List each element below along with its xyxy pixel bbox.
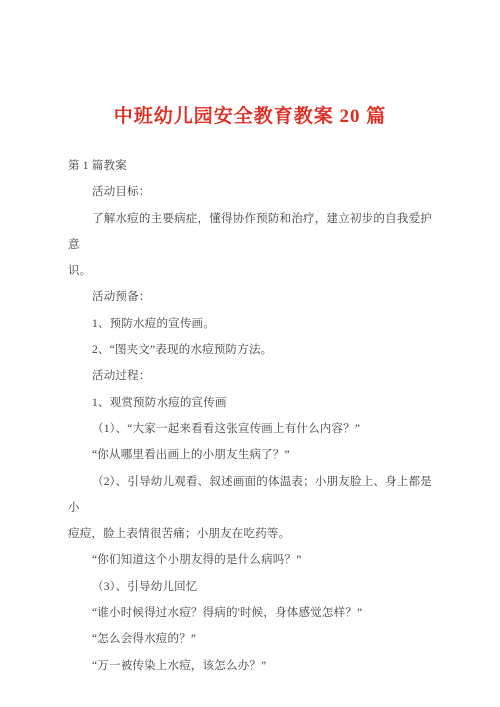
text-line: “你从哪里看出画上的小朋友生病了？” (68, 442, 432, 468)
text-line: 痘痘，脸上表情很苦痛；小朋友在吃药等。 (68, 521, 432, 547)
text-line: 第 1 篇教案 (68, 153, 432, 179)
text-line: “万一被传染上水痘，该怎么办？” (68, 653, 432, 679)
text-line: （3）、引导幼儿回忆 (68, 574, 432, 600)
text-line: “怎么会得水痘的？” (68, 626, 432, 652)
text-line: 识。 (68, 258, 432, 284)
text-line: （2）、引导幼儿观看、叙述画面的体温表；小朋友脸上、身上都是小 (68, 469, 432, 522)
document-body: 第 1 篇教案活动目标：了解水痘的主要病症，懂得协作预防和治疗，建立初步的自我爱… (0, 153, 500, 679)
text-line: 活动过程： (68, 363, 432, 389)
text-line: 了解水痘的主要病症，懂得协作预防和治疗，建立初步的自我爱护意 (68, 206, 432, 259)
document-title: 中班幼儿园安全教育教案 20 篇 (0, 0, 500, 128)
text-line: “你们知道这个小朋友得的是什么病吗？” (68, 547, 432, 573)
text-line: 2、“图夹文”表现的水痘预防方法。 (68, 337, 432, 363)
text-line: 1、观赏预防水痘的宣传画 (68, 390, 432, 416)
text-line: 活动目标： (68, 179, 432, 205)
text-line: 活动预备： (68, 284, 432, 310)
text-line: 1、预防水痘的宣传画。 (68, 311, 432, 337)
text-line: “谁小时候得过水痘？得病的'时候，身体感觉怎样？” (68, 600, 432, 626)
document-page: 中班幼儿园安全教育教案 20 篇 第 1 篇教案活动目标：了解水痘的主要病症，懂… (0, 0, 500, 707)
text-line: （1）、“大家一起来看看这张宣传画上有什么内容？” (68, 416, 432, 442)
